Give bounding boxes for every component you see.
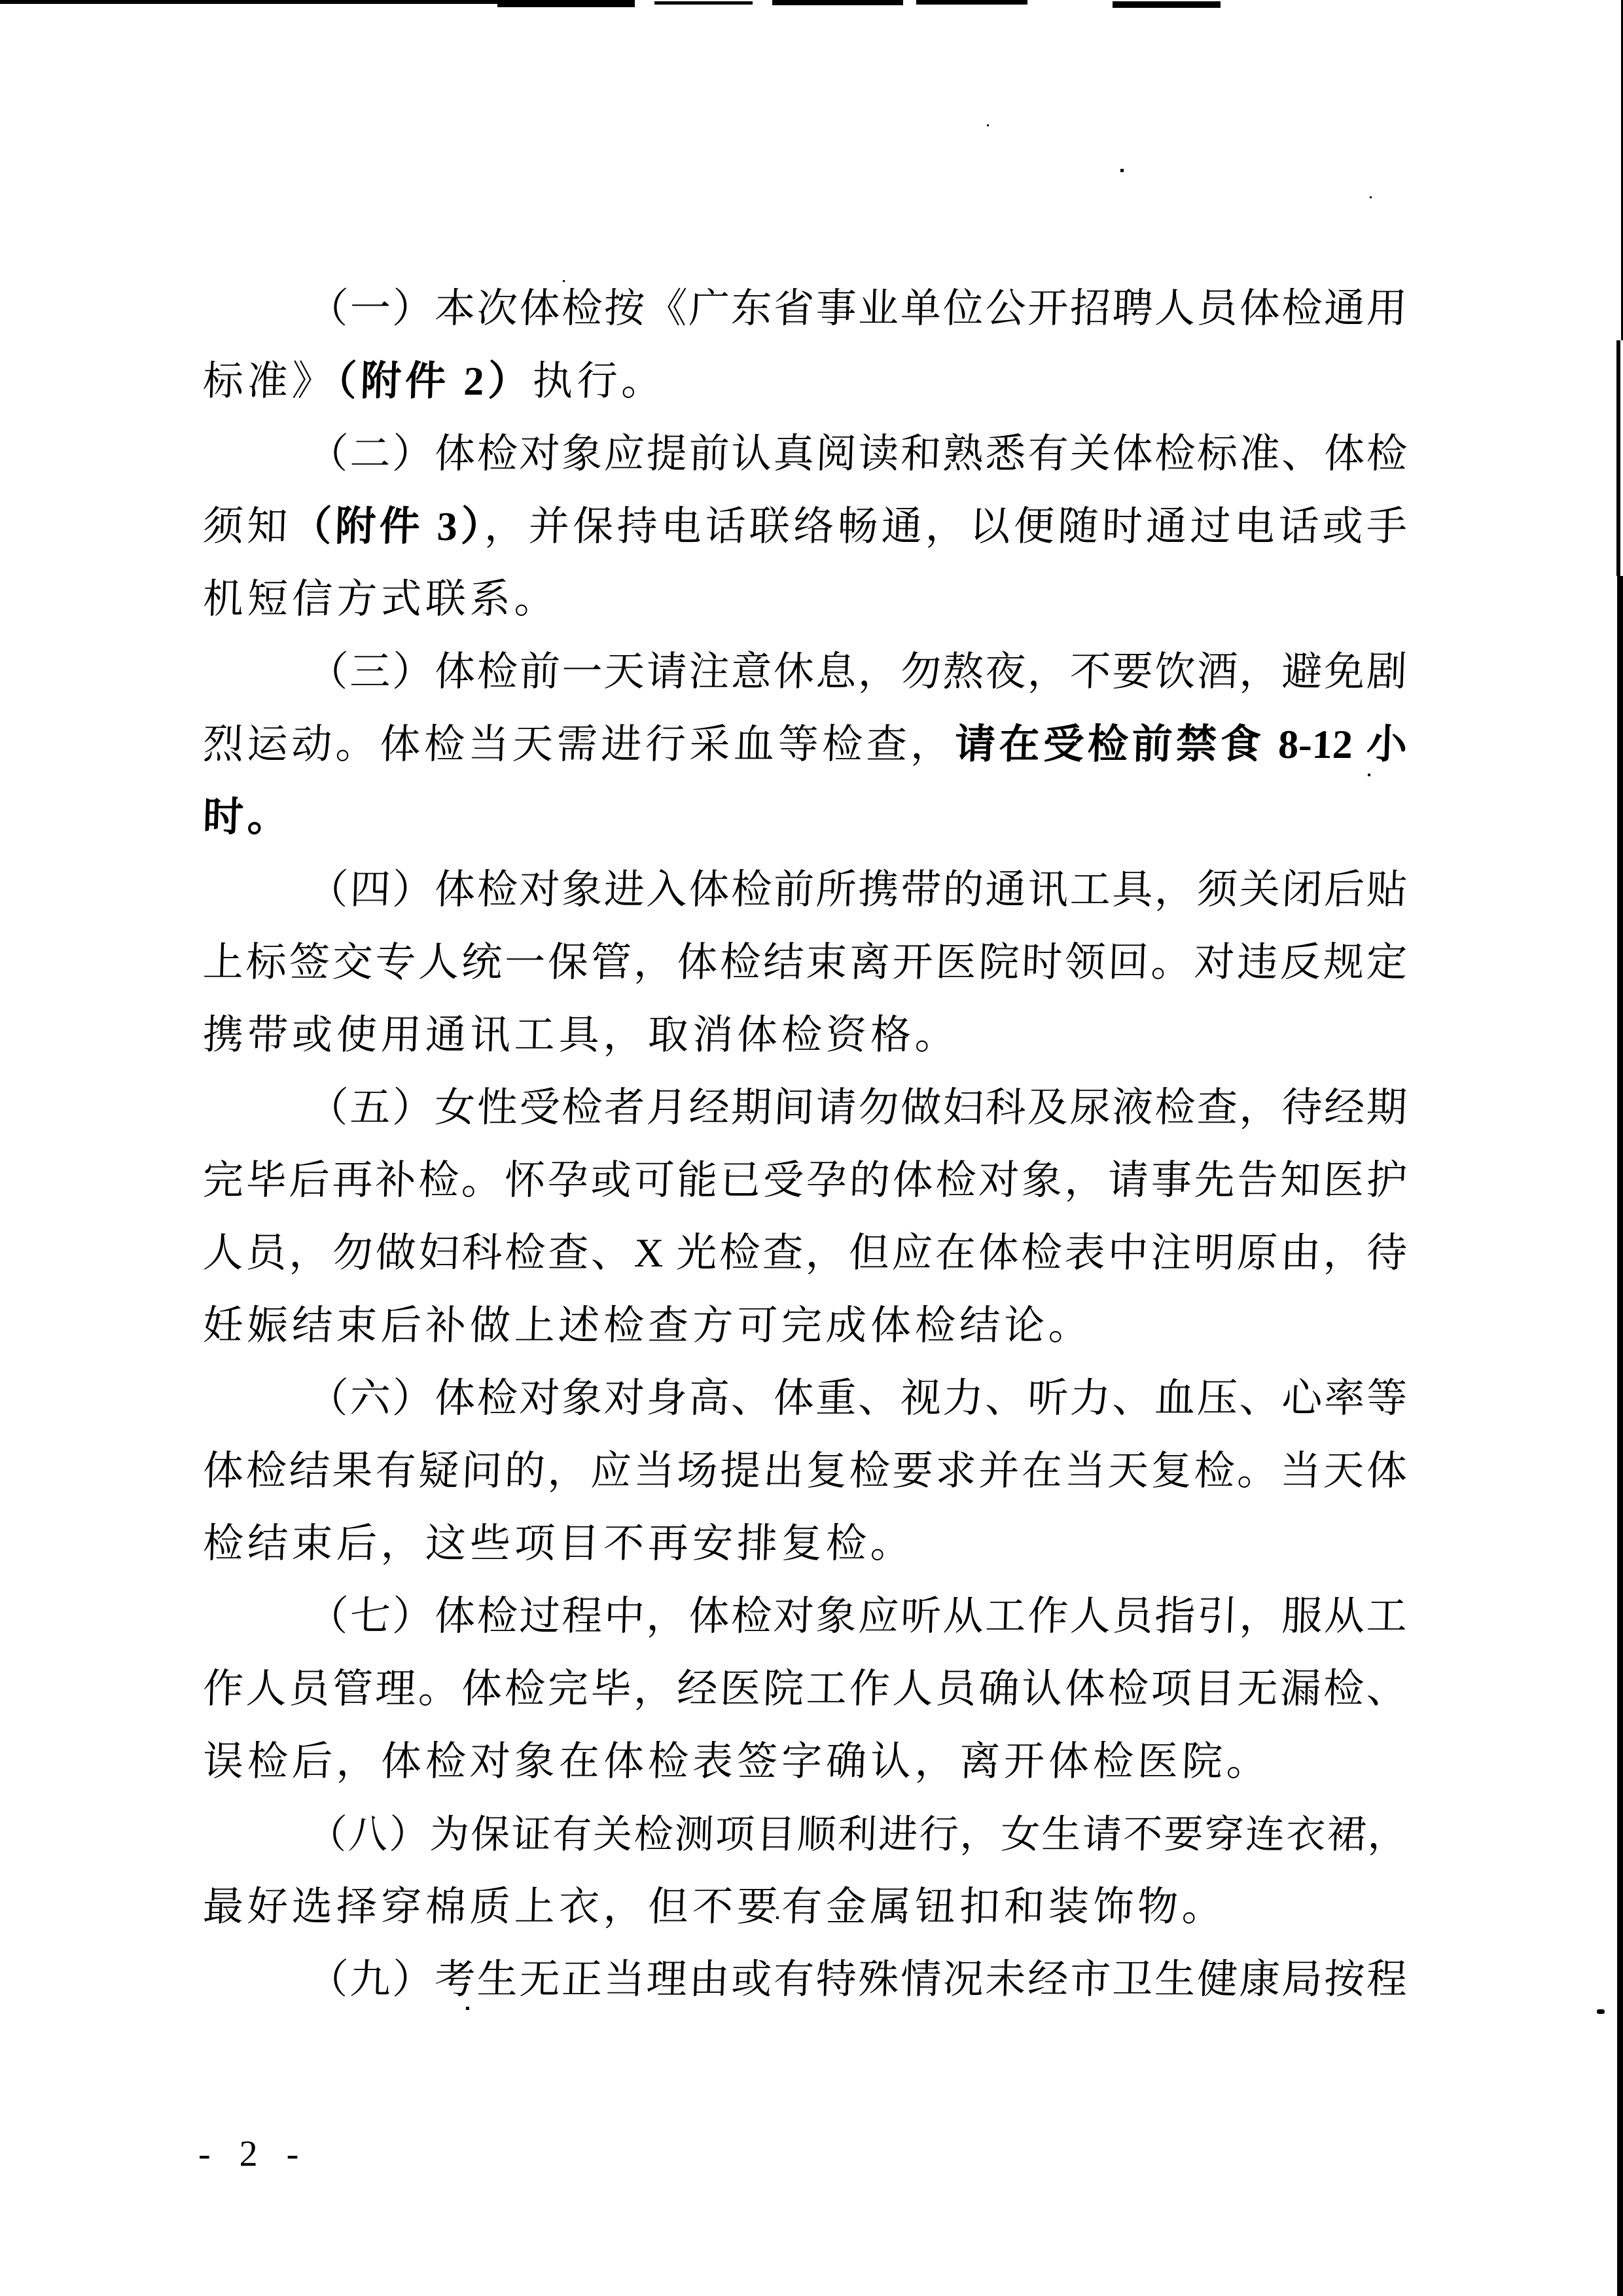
text-line-item-4-cont: 上标签交专人统一保管，体检结束离开医院时领回。对违反规定 [202, 927, 1408, 999]
page-number: - 2 - [198, 2133, 304, 2175]
scan-artifact-top-edge [772, 0, 903, 5]
scan-artifact-right-edge [1616, 340, 1620, 576]
scan-artifact-top-edge [497, 0, 635, 7]
text-line-item-3-cont: 烈运动。体检当天需进行采血等检查，请在受检前禁食 8-12 小 [202, 709, 1408, 781]
document-page: （一）本次体检按《广东省事业单位公开招聘人员体检通用 标准》（附件 2）执行。 … [0, 0, 1623, 2296]
text-segment-bold-fasting: 时。 [202, 795, 293, 840]
text-line-item-6: （六）体检对象对身高、体重、视力、听力、血压、心率等 [202, 1363, 1408, 1435]
scan-speck [1370, 196, 1372, 198]
text-line-item-5-cont: 完毕后再补检。怀孕或可能已受孕的体检对象，请事先告知医护 [202, 1145, 1408, 1217]
text-segment: 须知 [202, 505, 292, 549]
text-line-item-2-cont: 机短信方式联系。 [202, 564, 1408, 636]
scan-artifact-top-edge [1113, 1, 1221, 8]
text-segment-bold-attachment-3: （附件 3） [291, 505, 486, 549]
text-line-item-3: （三）体检前一天请注意休息，勿熬夜，不要饮酒，避免剧 [202, 636, 1408, 709]
text-line-item-6-cont: 检结束后，这些项目不再安排复检。 [202, 1508, 1408, 1581]
text-line-item-7-cont: 作人员管理。体检完毕，经医院工作人员确认体检项目无漏检、 [202, 1653, 1408, 1726]
text-line-item-1: （一）本次体检按《广东省事业单位公开招聘人员体检通用 [202, 273, 1408, 346]
scan-speck [1597, 2009, 1605, 2014]
document-body: （一）本次体检按《广东省事业单位公开招聘人员体检通用 标准》（附件 2）执行。 … [203, 273, 1407, 2017]
text-segment: 烈运动。体检当天需进行采血等检查， [202, 723, 955, 767]
text-line-item-8-cont: 最好选择穿棉质上衣，但不要有金属钮扣和装饰物。 [202, 1871, 1408, 1944]
text-segment-bold-fasting: 请在受检前禁食 8-12 小 [954, 723, 1408, 767]
text-line-item-2-cont: 须知（附件 3），并保持电话联络畅通，以便随时通过电话或手 [202, 491, 1408, 564]
text-line-item-4: （四）体检对象进入体检前所携带的通讯工具，须关闭后贴 [202, 854, 1408, 927]
text-segment: 标准》 [202, 359, 337, 404]
text-line-item-3-cont: 时。 [202, 781, 1408, 854]
text-line-item-7-cont: 误检后，体检对象在体检表签字确认，离开体检医院。 [202, 1726, 1408, 1799]
text-line-item-2: （二）体检对象应提前认真阅读和熟悉有关体检标准、体检 [202, 418, 1408, 491]
text-line-item-1-cont: 标准》（附件 2）执行。 [202, 346, 1408, 418]
text-segment-bold-attachment-2: （附件 2） [336, 359, 533, 404]
scan-speck [987, 124, 989, 126]
text-line-item-8: （八）为保证有关检测项目顺利进行，女生请不要穿连衣裙， [202, 1799, 1408, 1871]
text-line-item-9: （九）考生无正当理由或有特殊情况未经市卫生健康局按程 [202, 1944, 1408, 2017]
text-line-item-7: （七）体检过程中，体检对象应听从工作人员指引，服从工 [202, 1581, 1408, 1653]
scan-artifact-top-edge [916, 0, 1027, 5]
scan-artifact-top-edge [0, 0, 497, 4]
scan-artifact-right-edge [1617, 576, 1623, 2296]
text-line-item-5-cont: 妊娠结束后补做上述检查方可完成体检结论。 [202, 1290, 1408, 1363]
text-line-item-5: （五）女性受检者月经期间请勿做妇科及尿液检查，待经期 [202, 1072, 1408, 1145]
text-line-item-6-cont: 体检结果有疑问的，应当场提出复检要求并在当天复检。当天体 [202, 1435, 1408, 1508]
text-line-item-4-cont: 携带或使用通讯工具，取消体检资格。 [202, 999, 1408, 1072]
text-segment: 执行。 [531, 359, 666, 404]
text-line-item-5-cont: 人员，勿做妇科检查、X 光检查，但应在体检表中注明原由，待 [202, 1217, 1408, 1290]
scan-artifact-top-edge [654, 1, 753, 5]
text-segment: ，并保持电话联络畅通，以便随时通过电话或手 [484, 505, 1408, 549]
scan-speck [1120, 169, 1124, 172]
